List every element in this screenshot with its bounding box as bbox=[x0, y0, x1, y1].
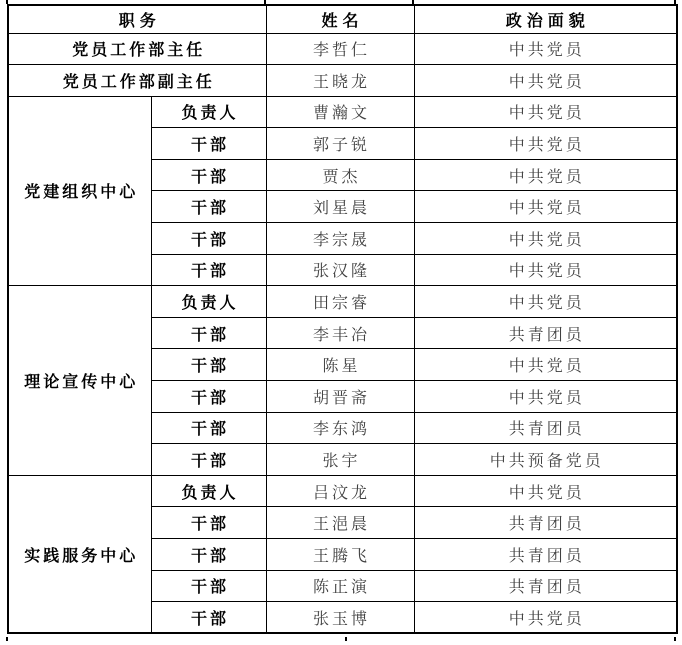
role-cell: 干部 bbox=[151, 570, 266, 602]
name-cell: 王浥晨 bbox=[266, 507, 414, 539]
status-cell: 共青团员 bbox=[414, 570, 677, 602]
role-cell: 干部 bbox=[151, 507, 266, 539]
role-cell: 干部 bbox=[151, 317, 266, 349]
status-cell: 中共党员 bbox=[414, 96, 677, 128]
status-cell: 中共党员 bbox=[414, 159, 677, 191]
position-cell: 党员工作部副主任 bbox=[8, 65, 266, 97]
role-cell: 负责人 bbox=[151, 96, 266, 128]
role-cell: 干部 bbox=[151, 381, 266, 413]
name-cell: 曹瀚文 bbox=[266, 96, 414, 128]
group-cell: 理论宣传中心 bbox=[8, 286, 151, 476]
name-cell: 王晓龙 bbox=[266, 65, 414, 97]
role-cell: 干部 bbox=[151, 539, 266, 571]
status-cell: 中共党员 bbox=[414, 65, 677, 97]
col-header-position: 职务 bbox=[8, 5, 266, 33]
header-row: 职务 姓名 政治面貌 bbox=[8, 5, 677, 33]
role-cell: 干部 bbox=[151, 223, 266, 255]
table-crop-stub bbox=[345, 637, 347, 641]
name-cell: 郭子锐 bbox=[266, 128, 414, 160]
table-row: 理论宣传中心 负责人 田宗睿 中共党员 bbox=[8, 286, 677, 318]
status-cell: 共青团员 bbox=[414, 317, 677, 349]
status-cell: 共青团员 bbox=[414, 507, 677, 539]
page: 职务 姓名 政治面貌 党员工作部主任 李哲仁 中共党员 党员工作部副主任 王晓龙… bbox=[0, 0, 682, 645]
name-cell: 陈星 bbox=[266, 349, 414, 381]
name-cell: 李哲仁 bbox=[266, 33, 414, 65]
status-cell: 中共党员 bbox=[414, 286, 677, 318]
table-row: 实践服务中心 负责人 吕汶龙 中共党员 bbox=[8, 475, 677, 507]
role-cell: 干部 bbox=[151, 159, 266, 191]
col-header-status: 政治面貌 bbox=[414, 5, 677, 33]
name-cell: 张宇 bbox=[266, 444, 414, 476]
role-cell: 干部 bbox=[151, 128, 266, 160]
name-cell: 陈正演 bbox=[266, 570, 414, 602]
name-cell: 王腾飞 bbox=[266, 539, 414, 571]
table-crop-stub bbox=[674, 0, 676, 4]
status-cell: 中共党员 bbox=[414, 223, 677, 255]
table-row: 党员工作部副主任 王晓龙 中共党员 bbox=[8, 65, 677, 97]
table-crop-stub bbox=[6, 0, 8, 4]
status-cell: 中共党员 bbox=[414, 602, 677, 634]
name-cell: 张玉博 bbox=[266, 602, 414, 634]
table-crop-stub bbox=[264, 0, 266, 4]
role-cell: 干部 bbox=[151, 602, 266, 634]
status-cell: 中共党员 bbox=[414, 128, 677, 160]
name-cell: 胡晋斋 bbox=[266, 381, 414, 413]
table-row: 党员工作部主任 李哲仁 中共党员 bbox=[8, 33, 677, 65]
status-cell: 共青团员 bbox=[414, 412, 677, 444]
status-cell: 中共党员 bbox=[414, 254, 677, 286]
role-cell: 负责人 bbox=[151, 475, 266, 507]
position-cell: 党员工作部主任 bbox=[8, 33, 266, 65]
name-cell: 贾杰 bbox=[266, 159, 414, 191]
name-cell: 吕汶龙 bbox=[266, 475, 414, 507]
role-cell: 负责人 bbox=[151, 286, 266, 318]
status-cell: 中共党员 bbox=[414, 191, 677, 223]
status-cell: 中共党员 bbox=[414, 381, 677, 413]
group-cell: 实践服务中心 bbox=[8, 475, 151, 633]
table-crop-stub bbox=[6, 637, 8, 641]
status-cell: 中共党员 bbox=[414, 475, 677, 507]
name-cell: 李宗晟 bbox=[266, 223, 414, 255]
role-cell: 干部 bbox=[151, 412, 266, 444]
role-cell: 干部 bbox=[151, 191, 266, 223]
name-cell: 李丰冶 bbox=[266, 317, 414, 349]
table-crop-stub bbox=[412, 0, 414, 4]
status-cell: 中共党员 bbox=[414, 349, 677, 381]
role-cell: 干部 bbox=[151, 254, 266, 286]
col-header-name: 姓名 bbox=[266, 5, 414, 33]
group-cell: 党建组织中心 bbox=[8, 96, 151, 286]
status-cell: 中共预备党员 bbox=[414, 444, 677, 476]
role-cell: 干部 bbox=[151, 349, 266, 381]
status-cell: 中共党员 bbox=[414, 33, 677, 65]
staff-roster-table: 职务 姓名 政治面貌 党员工作部主任 李哲仁 中共党员 党员工作部副主任 王晓龙… bbox=[7, 4, 678, 634]
table-crop-stub bbox=[674, 637, 676, 641]
table-row: 党建组织中心 负责人 曹瀚文 中共党员 bbox=[8, 96, 677, 128]
name-cell: 李东鸿 bbox=[266, 412, 414, 444]
role-cell: 干部 bbox=[151, 444, 266, 476]
name-cell: 张汉隆 bbox=[266, 254, 414, 286]
status-cell: 共青团员 bbox=[414, 539, 677, 571]
name-cell: 刘星晨 bbox=[266, 191, 414, 223]
name-cell: 田宗睿 bbox=[266, 286, 414, 318]
